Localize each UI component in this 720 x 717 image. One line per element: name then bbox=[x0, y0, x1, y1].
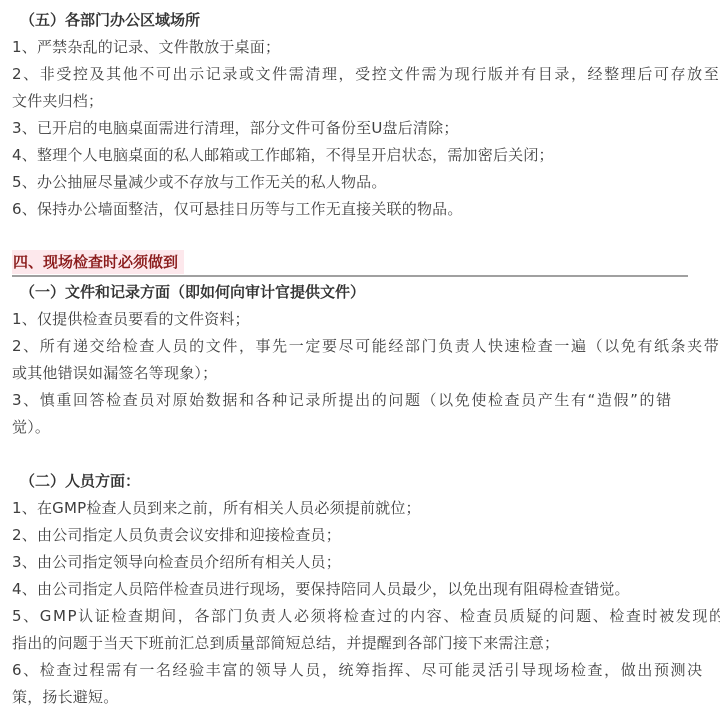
list-item: 4、由公司指定人员陪伴检查员进行现场，要保持陪同人员最少，以免出现有阻碍检查错觉… bbox=[12, 576, 702, 603]
list-item: 2、非受控及其他不可出示记录或文件需清理，受控文件需为现行版并有目录，经整理后可… bbox=[12, 61, 702, 88]
list-item: 2、由公司指定人员负责会议安排和迎接检查员； bbox=[12, 522, 702, 549]
list-item: 4、整理个人电脑桌面的私人邮箱或工作邮箱，不得呈开启状态，需加密后关闭； bbox=[12, 142, 702, 169]
list-item: 1、仅提供检查员要看的文件资料； bbox=[12, 306, 702, 333]
list-item: 3、由公司指定领导向检查员介绍所有相关人员； bbox=[12, 549, 702, 576]
list-item: 6、保持办公墙面整洁，仅可悬挂日历等与工作无直接关联的物品。 bbox=[12, 196, 702, 223]
list-item: 3、慎重回答检查员对原始数据和各种记录所提出的问题（以免使检查员产生有“造假”的… bbox=[12, 387, 702, 414]
list-item: 5、办公抽屉尽量减少或不存放与工作无关的私人物品。 bbox=[12, 169, 702, 196]
list-item: 1、在GMP检查人员到来之前，所有相关人员必须提前就位； bbox=[12, 495, 702, 522]
list-item: 1、严禁杂乱的记录、文件散放于桌面； bbox=[12, 34, 702, 61]
list-item-continuation: 文件夹归档； bbox=[12, 88, 702, 115]
list-item: 2、所有递交给检查人员的文件，事先一定要尽可能经部门负责人快速检查一遍（以免有纸… bbox=[12, 333, 702, 360]
sub-heading-documents-records: （一）文件和记录方面（即如何向审计官提供文件） bbox=[20, 279, 365, 306]
section-divider bbox=[12, 275, 688, 277]
section-heading-onsite-inspection: 四、现场检查时必须做到 bbox=[12, 250, 184, 274]
list-item-continuation: 或其他错误如漏签名等现象）； bbox=[12, 360, 702, 387]
sub-heading-office-areas: （五）各部门办公区域场所 bbox=[20, 7, 200, 34]
list-item: 5、GMP认证检查期间，各部门负责人必须将检查过的内容、检查员质疑的问题、检查时… bbox=[12, 603, 702, 630]
list-item-continuation: 指出的问题于当天下班前汇总到质量部简短总结，并提醒到各部门接下来需注意； bbox=[12, 630, 702, 657]
list-item: 6、检查过程需有一名经验丰富的领导人员，统筹指挥、尽可能灵活引导现场检查，做出预… bbox=[12, 657, 702, 684]
list-item: 3、已开启的电脑桌面需进行清理，部分文件可备份至U盘后清除； bbox=[12, 115, 702, 142]
list-item-continuation: 策，扬长避短。 bbox=[12, 684, 702, 711]
sub-heading-personnel: （二）人员方面： bbox=[20, 468, 140, 495]
list-item-continuation: 觉）。 bbox=[12, 414, 702, 441]
